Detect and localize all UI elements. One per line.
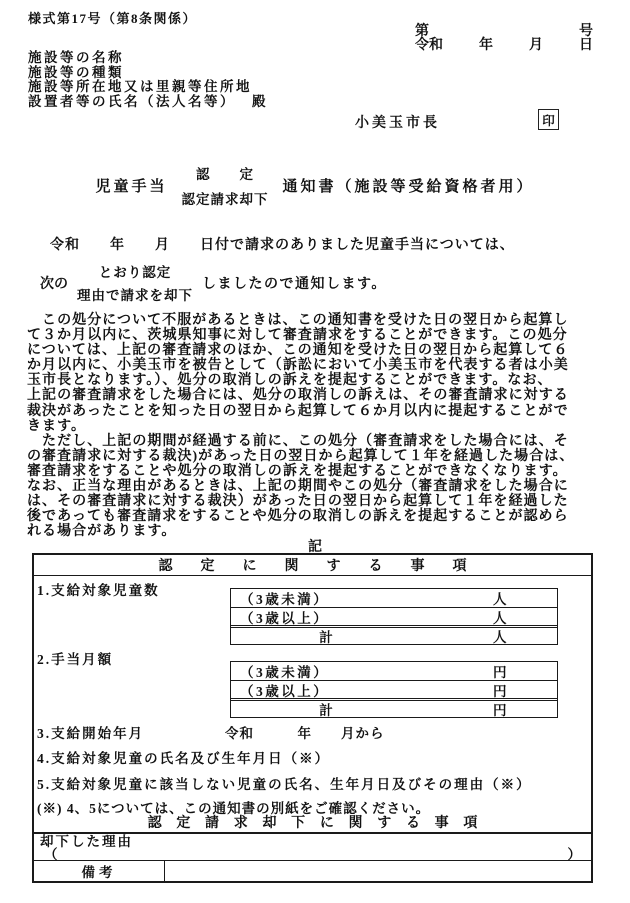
rejection-reason-cell: 却下した理由 （ ） [34,833,591,860]
row-unit: 円 [493,680,507,700]
item3-value: 令和 年 月から [225,722,385,742]
child-count-table: （3歳未満） 人 （3歳以上） 人 計 人 [230,588,558,645]
monthly-amount-table: （3歳未満） 円 （3歳以上） 円 計 円 [230,661,558,718]
section1-header: 認定に関する事項 [34,555,591,576]
paren-open: （ [44,848,58,861]
row-unit: 人 [493,607,507,627]
table-row: （3歳未満） 人 [231,589,557,607]
recipient-facility-type: 施設等の種類 [28,66,266,81]
row-label: （3歳未満） [231,661,329,681]
title-right: 通知書（施設等受給資格者用） [283,175,535,196]
recipient-facility-address: 施設等所在地又は里親等住所地 [28,80,266,95]
main-table: 認定に関する事項 1.支給対象児童数 （3歳未満） 人 （3歳以上） 人 計 人… [32,553,593,883]
table-row: （3歳未満） 円 [231,662,557,680]
form-id: 様式第17号（第8条関係） [28,8,197,27]
table-row-total: 計 人 [231,625,557,644]
recipient-owner-name: 設置者等の氏名（法人名等）殿 [28,95,266,110]
table-row: （3歳以上） 人 [231,607,557,625]
title-choice-rejection: 認定請求却下 [182,188,269,208]
table-row: （3歳以上） 円 [231,680,557,698]
row-unit: 人 [493,588,507,608]
item4-label: 4.支給対象児童の氏名及び生年月日（※） [37,747,330,767]
row-label: （3歳以上） [231,607,329,627]
item3-label: 3.支給開始年月 [37,722,144,742]
remarks-label: 備考 [34,861,165,881]
title-choice-stack: 認 定 認定請求却下 [182,163,269,208]
document-date-line: 令和 年 月 日 [415,34,593,54]
rejection-reason-label: 却下した理由 [40,835,585,848]
intro-prefix: 次の [40,273,68,293]
section1-body-cell: 1.支給対象児童数 （3歳未満） 人 （3歳以上） 人 計 人 2.手当月額 [34,576,591,812]
item2-label: 2.手当月額 [37,648,113,668]
intro-choice-approval: とおり認定 [99,261,172,281]
issuer-name: 小美玉市長 [355,112,440,132]
seal-character: 印 [542,111,555,129]
remarks-value-cell [165,861,591,881]
date-day: 日 [579,34,593,54]
intro-choice-stack: とおり認定 理由で請求を却下 [77,261,193,304]
title-choice-approval: 認 定 [196,163,254,183]
document-page: 様式第17号（第8条関係） 第 号 令和 年 月 日 施設等の名称 施設等の種類… [0,0,630,903]
row-unit: 円 [493,661,507,681]
date-year: 年 [479,34,493,54]
table-row-total: 計 円 [231,698,557,717]
intro-result-sentence: 次の とおり認定 理由で請求を却下 しましたので通知します。 [40,261,387,304]
title-left: 児童手当 [95,175,167,196]
appeal-notice-paragraphs: この処分について不服があるときは、この通知書を受けた日の翌日から起算し て３か月… [27,313,607,539]
intro-choice-rejection: 理由で請求を却下 [77,284,193,304]
item1-label: 1.支給対象児童数 [37,579,160,599]
row-label: 計 [231,626,421,646]
honorific: 殿 [252,94,266,109]
date-month: 月 [529,34,543,54]
date-era: 令和 [415,34,443,54]
row-unit: 人 [493,626,507,646]
recipient-block: 施設等の名称 施設等の種類 施設等所在地又は里親等住所地 設置者等の氏名（法人名… [28,51,266,109]
row-label: （3歳未満） [231,588,329,608]
paren-close: ） [568,848,582,861]
intro-suffix: しましたので通知します。 [202,273,387,293]
document-title: 児童手当 認 定 認定請求却下 通知書（施設等受給資格者用） [0,163,630,208]
row-label: （3歳以上） [231,680,329,700]
recipient-facility-name: 施設等の名称 [28,51,266,66]
remarks-row: 備考 [34,860,591,881]
item5-label: 5.支給対象児童に該当しない児童の氏名、生年月日及びその理由（※） [37,773,532,793]
footnote: (※) 4、5については、この通知書の別紙をご確認ください。 [37,797,430,817]
intro-date-sentence: 令和 年 月 日付で請求のありました児童手当については、 [50,234,515,254]
row-label: 計 [231,699,421,719]
row-unit: 円 [493,699,507,719]
seal-stamp-box: 印 [538,109,559,130]
